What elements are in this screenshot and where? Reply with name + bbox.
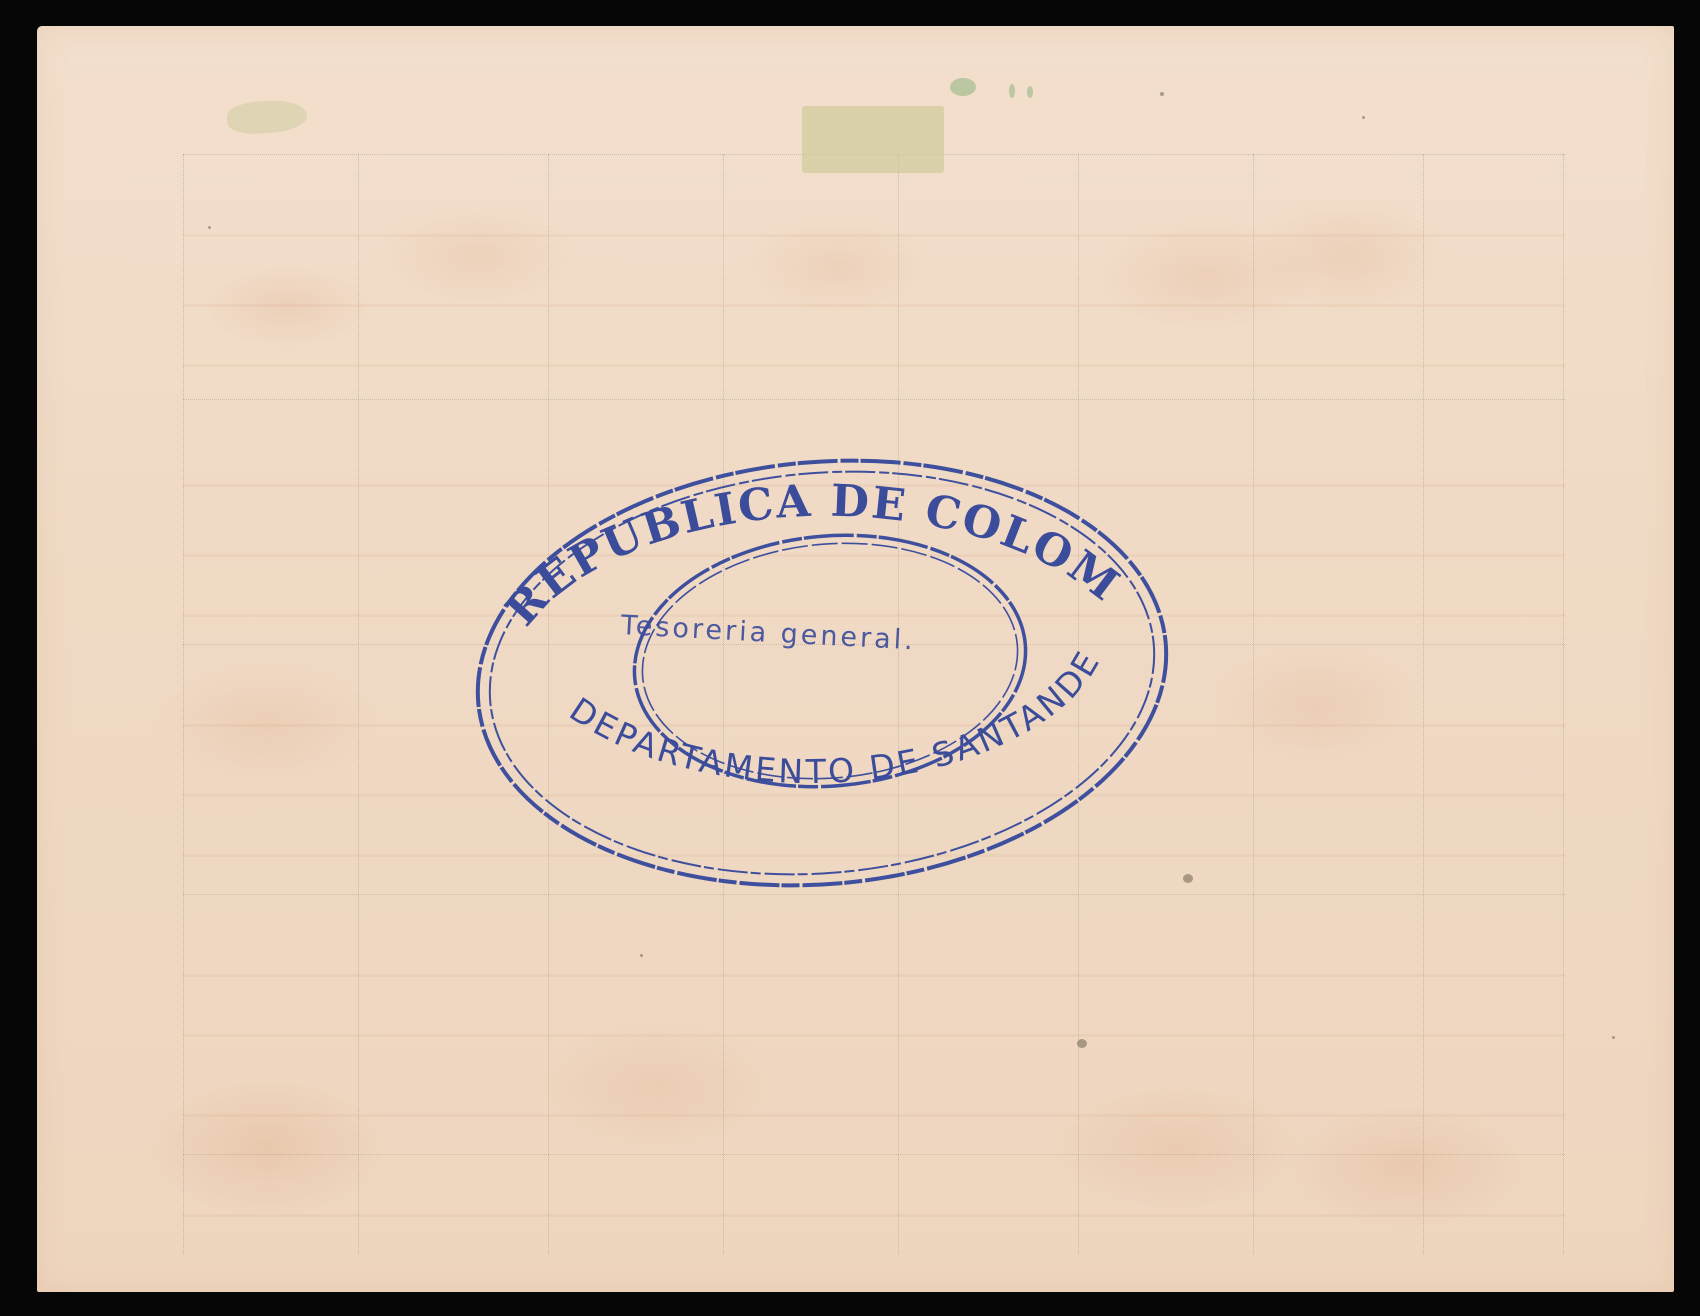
paper-speck — [1160, 92, 1164, 96]
paper-speck — [1077, 1039, 1087, 1048]
ink-speck — [1027, 86, 1033, 98]
handstamp-center-text: Tesoreria general. — [619, 610, 916, 656]
paper-speck — [1362, 116, 1365, 119]
oval-handstamp: REPUBLICA DE COLOMBIA. DEPARTAMENTO DE S… — [470, 440, 1190, 900]
hinge-remnant-left — [226, 98, 308, 136]
paper-speck — [640, 954, 643, 957]
handstamp-graphic: REPUBLICA DE COLOMBIA. DEPARTAMENTO DE S… — [470, 440, 1190, 900]
paper-speck — [208, 226, 211, 229]
hinge-remnant-center — [802, 106, 944, 173]
ink-speck — [950, 78, 976, 96]
ink-speck — [1009, 84, 1015, 98]
paper-speck — [1612, 1036, 1615, 1039]
